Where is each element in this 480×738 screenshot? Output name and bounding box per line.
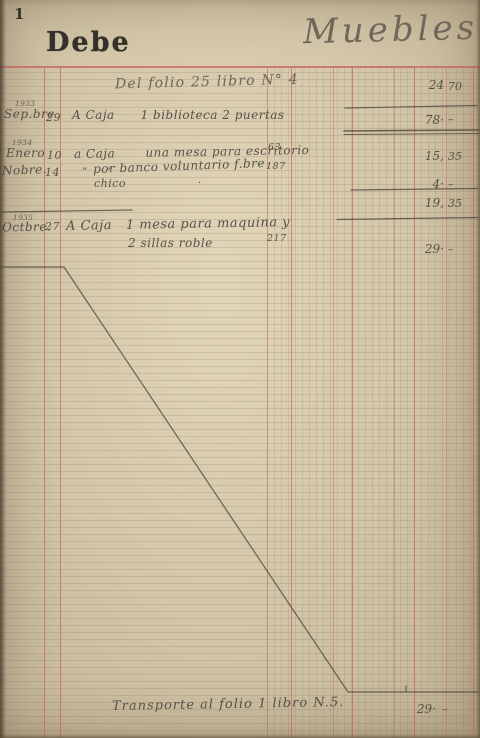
- entry-cents: 35: [448, 151, 462, 162]
- ledger-page: 1 Debe Muebles Del folio 25 libro N° 4 2…: [0, 0, 480, 738]
- column-rule-folio-right: [291, 68, 292, 738]
- entry-pesos: 4·: [408, 178, 444, 190]
- column-rule-amount2-right: [414, 68, 415, 738]
- entry-cents: –: [448, 114, 454, 125]
- page-right-edge: [476, 0, 480, 738]
- entry-folio: 63: [268, 143, 281, 153]
- page-binding-edge: [0, 0, 6, 738]
- carryforward-pesos: 29·: [400, 703, 436, 715]
- ruled-lines-vertical: [267, 68, 475, 738]
- debit-heading: Debe: [46, 27, 131, 58]
- column-rule-amount3-right: [473, 68, 474, 738]
- column-rule-amount2-cents: [394, 68, 395, 738]
- entry-day: 10: [47, 150, 62, 161]
- entry-pesos: 29·: [408, 243, 444, 255]
- ditto-mark: ·: [198, 179, 202, 189]
- entry-cents: –: [448, 244, 454, 255]
- entry-month: Enero: [6, 147, 45, 159]
- entry-folio: 187: [266, 162, 286, 172]
- carryforward-cents: –: [442, 704, 448, 715]
- subtotal-cents: 35: [448, 198, 462, 209]
- entry-description-line2: 2 sillas roble: [128, 237, 213, 249]
- entry-month: Nobre.: [2, 163, 47, 177]
- column-rule-amount3-cents: [446, 68, 447, 738]
- entry-month: Octbre.: [2, 221, 51, 234]
- entry-day: 29: [46, 112, 61, 123]
- subtotal-pesos: 19,: [408, 197, 444, 209]
- entry-day: 27: [45, 221, 60, 232]
- ditto-mark: ”: [82, 168, 88, 178]
- entry-description: A Caja 1 mesa para maquina y: [66, 216, 290, 233]
- carryover-cents: 70: [448, 81, 462, 92]
- entry-folio: 217: [267, 234, 287, 244]
- column-rule-amount1-cents: [333, 68, 334, 738]
- carryover-pesos: 24: [408, 79, 444, 91]
- column-rule-day-right: [60, 68, 61, 738]
- carryforward-description: Transporte al folio 1 libro N.5.: [112, 696, 345, 713]
- page-number: 1: [14, 5, 24, 23]
- entry-day: 14: [45, 167, 60, 178]
- entry-description-line2: chico: [94, 178, 126, 189]
- entry-cents: –: [448, 179, 454, 190]
- header-rule: [0, 66, 480, 68]
- page-bottom-edge: [0, 734, 480, 738]
- account-title: Muebles: [303, 8, 479, 53]
- entry-pesos: 15,: [408, 150, 444, 162]
- entry-pesos: 78·: [408, 114, 444, 126]
- entry-description: A Caja 1 biblioteca 2 puertas: [72, 109, 285, 121]
- column-rule-amount1-right: [352, 68, 353, 738]
